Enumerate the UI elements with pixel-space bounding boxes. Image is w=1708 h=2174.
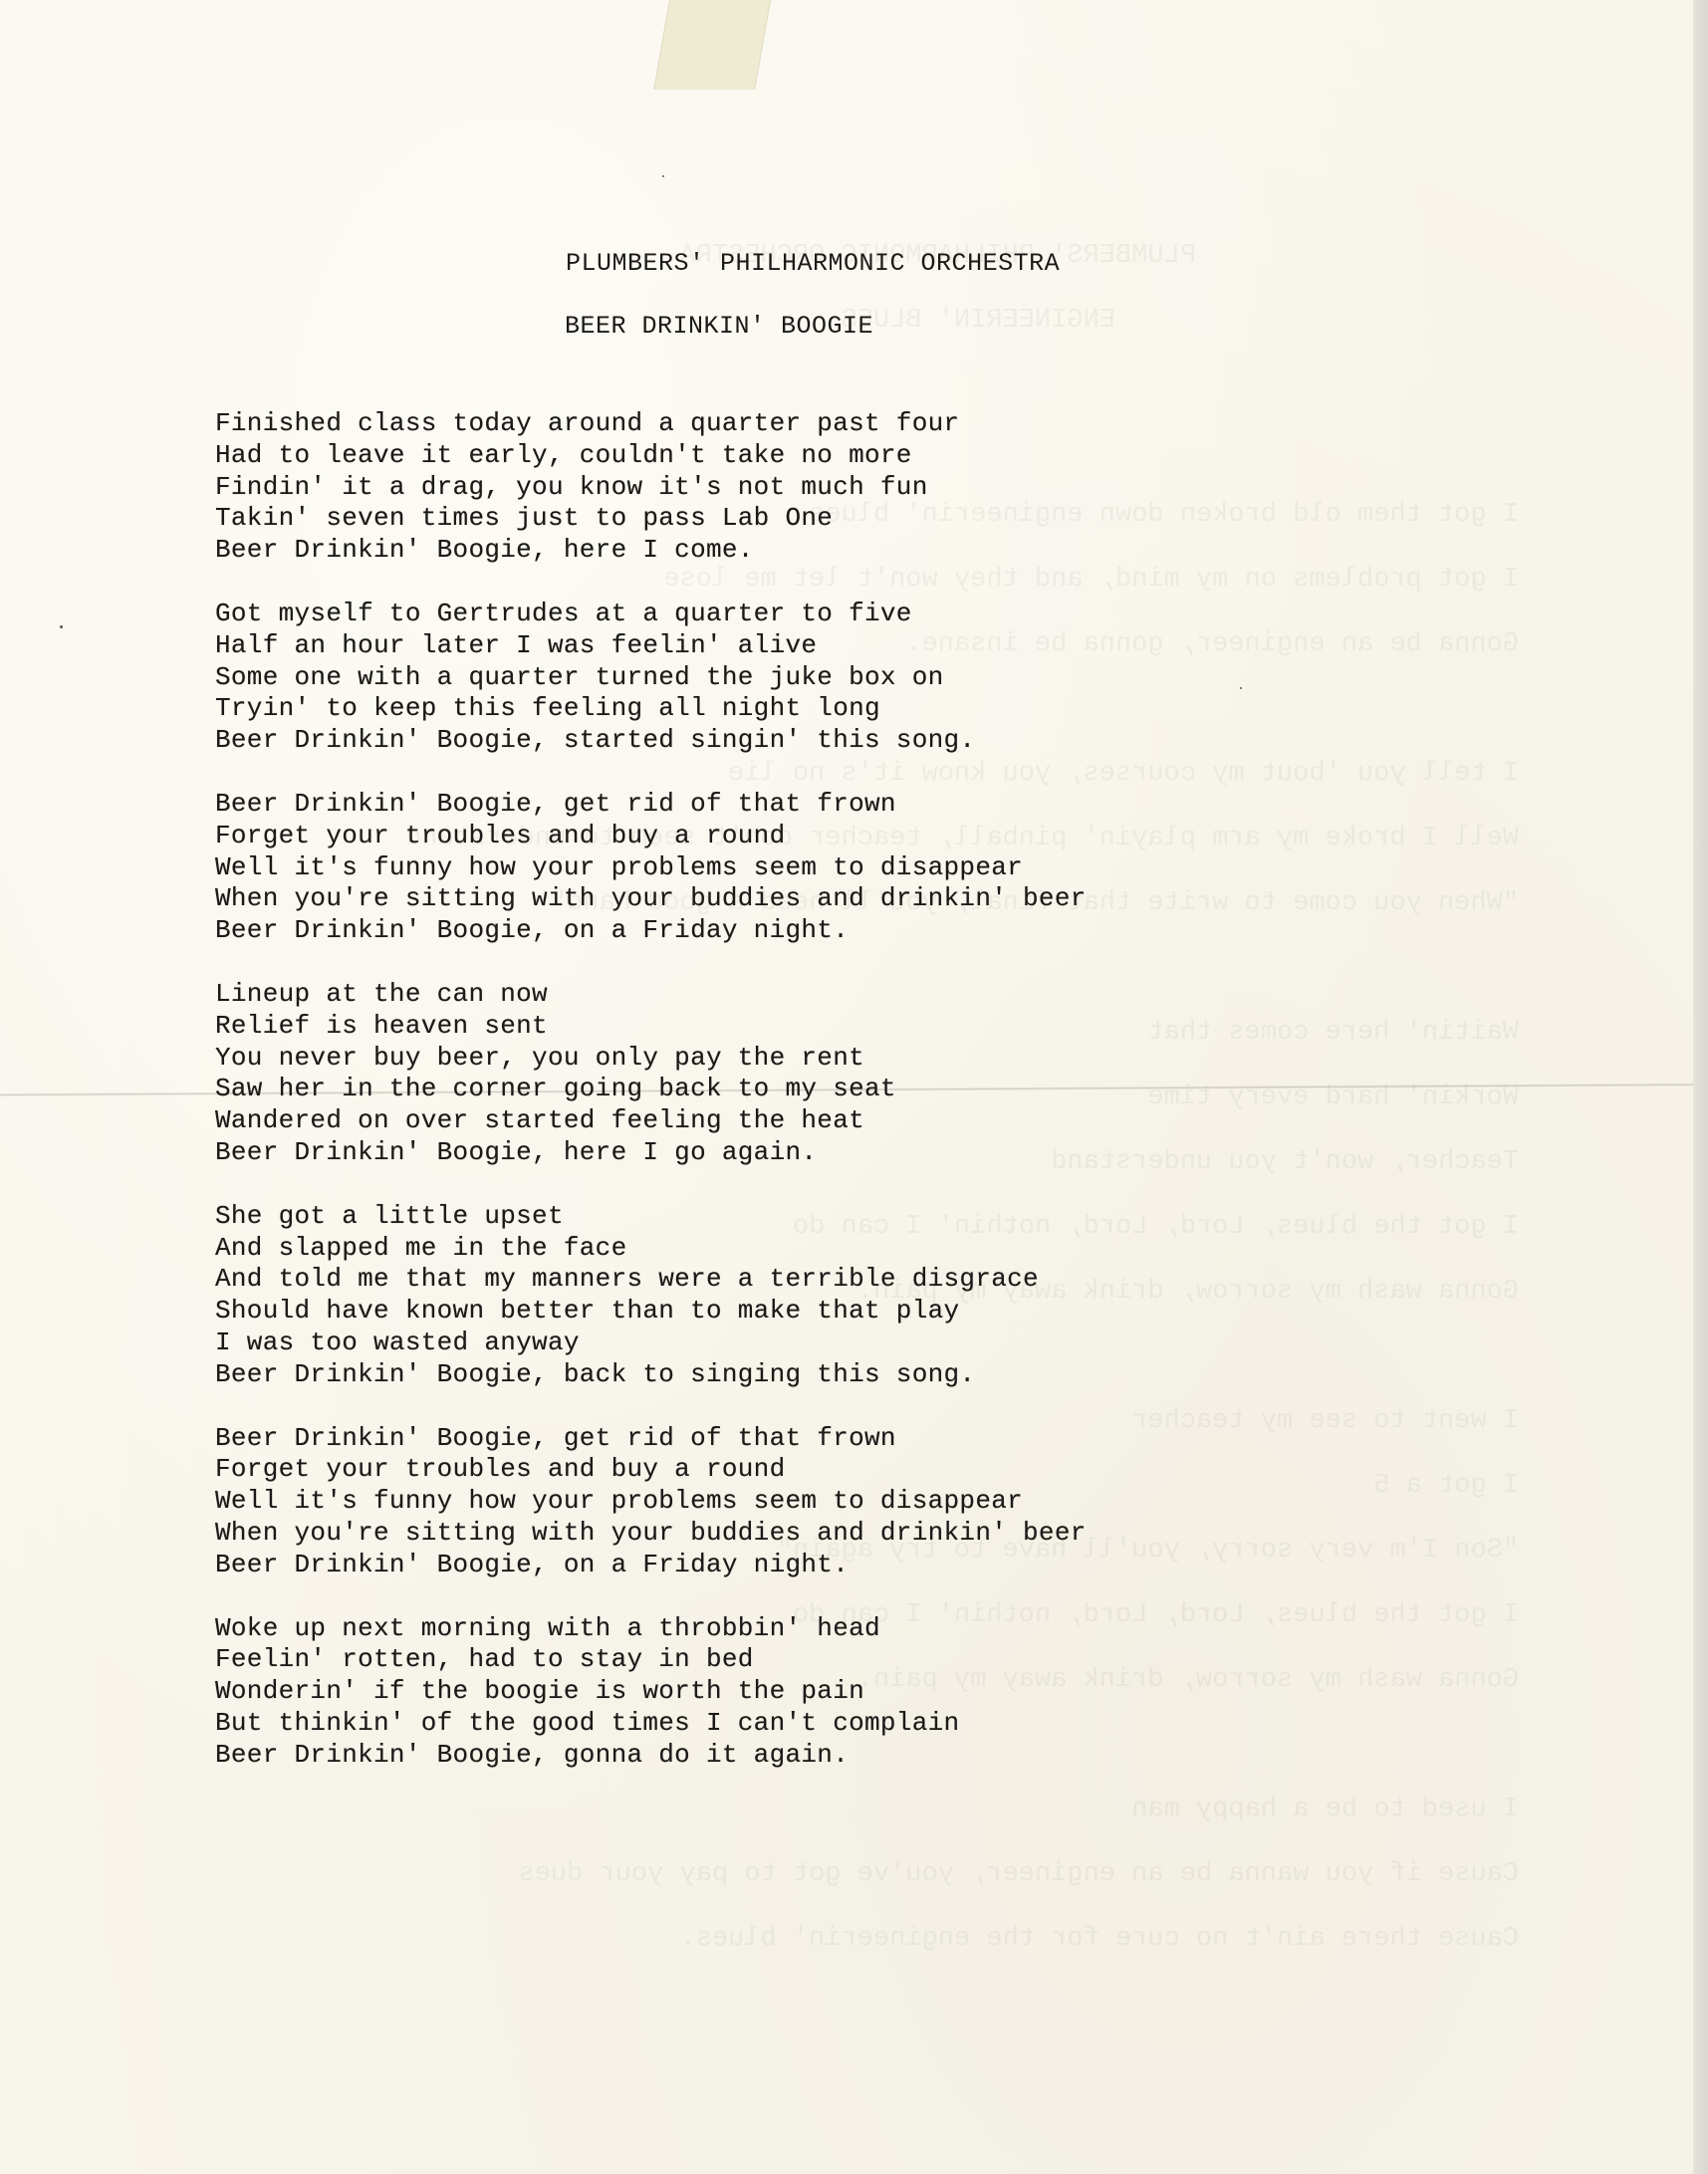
stanza-1: Finished class today around a quarter pa… [215,408,1087,567]
lyric-line: Some one with a quarter turned the juke … [215,662,1087,694]
lyric-line: Woke up next morning with a throbbin' he… [215,1613,1087,1645]
lyric-line: Should have known better than to make th… [215,1296,1087,1328]
lyric-line: Beer Drinkin' Boogie, back to singing th… [215,1359,1087,1391]
organization-heading: PLUMBERS' PHILHARMONIC ORCHESTRA [566,249,1060,278]
lyric-line: And slapped me in the face [215,1233,1087,1265]
lyric-line: Takin' seven times just to pass Lab One [215,503,1087,535]
lyric-line: Beer Drinkin' Boogie, gonna do it again. [215,1740,1087,1772]
lyric-line: Half an hour later I was feelin' alive [215,630,1087,662]
lyric-line: Beer Drinkin' Boogie, started singin' th… [215,725,1087,757]
lyric-line: Forget your troubles and buy a round [215,1454,1087,1486]
lyric-line: Beer Drinkin' Boogie, here I come. [215,535,1087,567]
lyric-line: Lineup at the can now [215,979,1087,1011]
lyric-line: I was too wasted anyway [215,1328,1087,1359]
song-title: BEER DRINKIN' BOOGIE [565,312,873,341]
page-edge [1693,0,1708,2174]
paper-speck [662,175,664,177]
stanza-7: Woke up next morning with a throbbin' he… [215,1613,1087,1772]
lyric-line: Got myself to Gertrudes at a quarter to … [215,599,1087,630]
lyric-line: Wonderin' if the boogie is worth the pai… [215,1676,1087,1708]
lyric-line: Beer Drinkin' Boogie, get rid of that fr… [215,789,1087,821]
stanza-6-chorus: Beer Drinkin' Boogie, get rid of that fr… [215,1423,1087,1581]
lyric-line: Well it's funny how your problems seem t… [215,852,1087,884]
lyrics-body: Finished class today around a quarter pa… [215,408,1087,1803]
lyric-line: But thinkin' of the good times I can't c… [215,1708,1087,1740]
lyric-line: Relief is heaven sent [215,1011,1087,1043]
lyric-line: Beer Drinkin' Boogie, get rid of that fr… [215,1423,1087,1455]
lyric-line: When you're sitting with your buddies an… [215,1518,1087,1550]
lyric-line: Beer Drinkin' Boogie, on a Friday night. [215,1550,1087,1581]
stanza-5: She got a little upset And slapped me in… [215,1201,1087,1391]
lyric-line: Beer Drinkin' Boogie, here I go again. [215,1137,1087,1169]
lyric-line: Wandered on over started feeling the hea… [215,1105,1087,1137]
lyric-line: Tryin' to keep this feeling all night lo… [215,693,1087,725]
lyric-line: Findin' it a drag, you know it's not muc… [215,472,1087,504]
lyric-line: Forget your troubles and buy a round [215,821,1087,852]
stanza-2: Got myself to Gertrudes at a quarter to … [215,599,1087,757]
lyric-line: You never buy beer, you only pay the ren… [215,1043,1087,1075]
lyric-line: She got a little upset [215,1201,1087,1233]
paper-speck [60,625,63,628]
lyric-line: When you're sitting with your buddies an… [215,883,1087,915]
lyric-line: Had to leave it early, couldn't take no … [215,440,1087,472]
lyric-line: And told me that my manners were a terri… [215,1264,1087,1296]
lyric-line: Finished class today around a quarter pa… [215,408,1087,440]
tape-strip [653,0,773,90]
paper-speck [1240,687,1242,689]
lyric-line: Saw her in the corner going back to my s… [215,1074,1087,1105]
stanza-3-chorus: Beer Drinkin' Boogie, get rid of that fr… [215,789,1087,947]
lyric-line: Well it's funny how your problems seem t… [215,1486,1087,1518]
stanza-4: Lineup at the can now Relief is heaven s… [215,979,1087,1169]
lyric-line: Beer Drinkin' Boogie, on a Friday night. [215,915,1087,947]
lyric-line: Feelin' rotten, had to stay in bed [215,1644,1087,1676]
